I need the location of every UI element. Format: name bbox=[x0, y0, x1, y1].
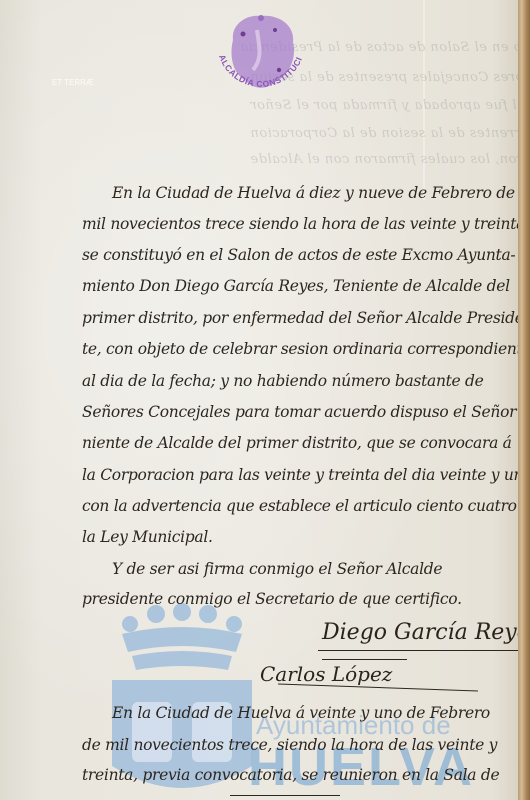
book-binding-edge bbox=[518, 0, 530, 800]
paragraph-3-line: En la Ciudad de Huelva á veinte y uno de… bbox=[112, 704, 490, 722]
signature-secretario: Carlos López bbox=[260, 662, 392, 686]
paragraph-1-line: primer distrito, por enfermedad del Seño… bbox=[82, 309, 530, 327]
paragraph-1-line: al dia de la fecha; y no habiendo número… bbox=[82, 372, 484, 390]
signature-underline bbox=[322, 659, 407, 660]
document-page: dispuso en el Salon de actos de la Presi… bbox=[0, 0, 518, 800]
paragraph-1-line: se constituyó en el Salon de actos de es… bbox=[82, 246, 515, 264]
paragraph-1-line: niente de Alcalde del primer distrito, q… bbox=[82, 434, 512, 452]
signature-teniente-alcalde: Diego García Reyes bbox=[322, 620, 530, 645]
paragraph-1-line: te, con objeto de celebrar sesion ordina… bbox=[82, 340, 530, 358]
paragraph-1-line: la Ley Municipal. bbox=[82, 528, 213, 546]
paragraph-1-line: la Corporacion para las veinte y treinta… bbox=[82, 466, 530, 484]
flourish-line bbox=[230, 795, 340, 796]
paragraph-3-line: de mil novecientos trece, siendo la hora… bbox=[82, 736, 497, 754]
paragraph-2-line: Y de ser asi firma conmigo el Señor Alca… bbox=[112, 560, 442, 578]
paragraph-1-line: con la advertencia que establece el arti… bbox=[82, 497, 530, 515]
handwritten-body: En la Ciudad de Huelva á diez y nueve de… bbox=[0, 0, 518, 800]
paragraph-3-line: treinta, previa convocatoria, se reunier… bbox=[82, 766, 499, 784]
paragraph-1-line: mil novecientos trece siendo la hora de … bbox=[82, 215, 525, 233]
paragraph-1-line: En la Ciudad de Huelva á diez y nueve de… bbox=[112, 184, 515, 202]
paragraph-2-line: presidente conmigo el Secretario de que … bbox=[82, 590, 462, 608]
signature-underline bbox=[318, 650, 518, 651]
paragraph-1-line: miento Don Diego García Reyes, Teniente … bbox=[82, 277, 510, 295]
paragraph-1-line: Señores Concejales para tomar acuerdo di… bbox=[82, 403, 530, 421]
